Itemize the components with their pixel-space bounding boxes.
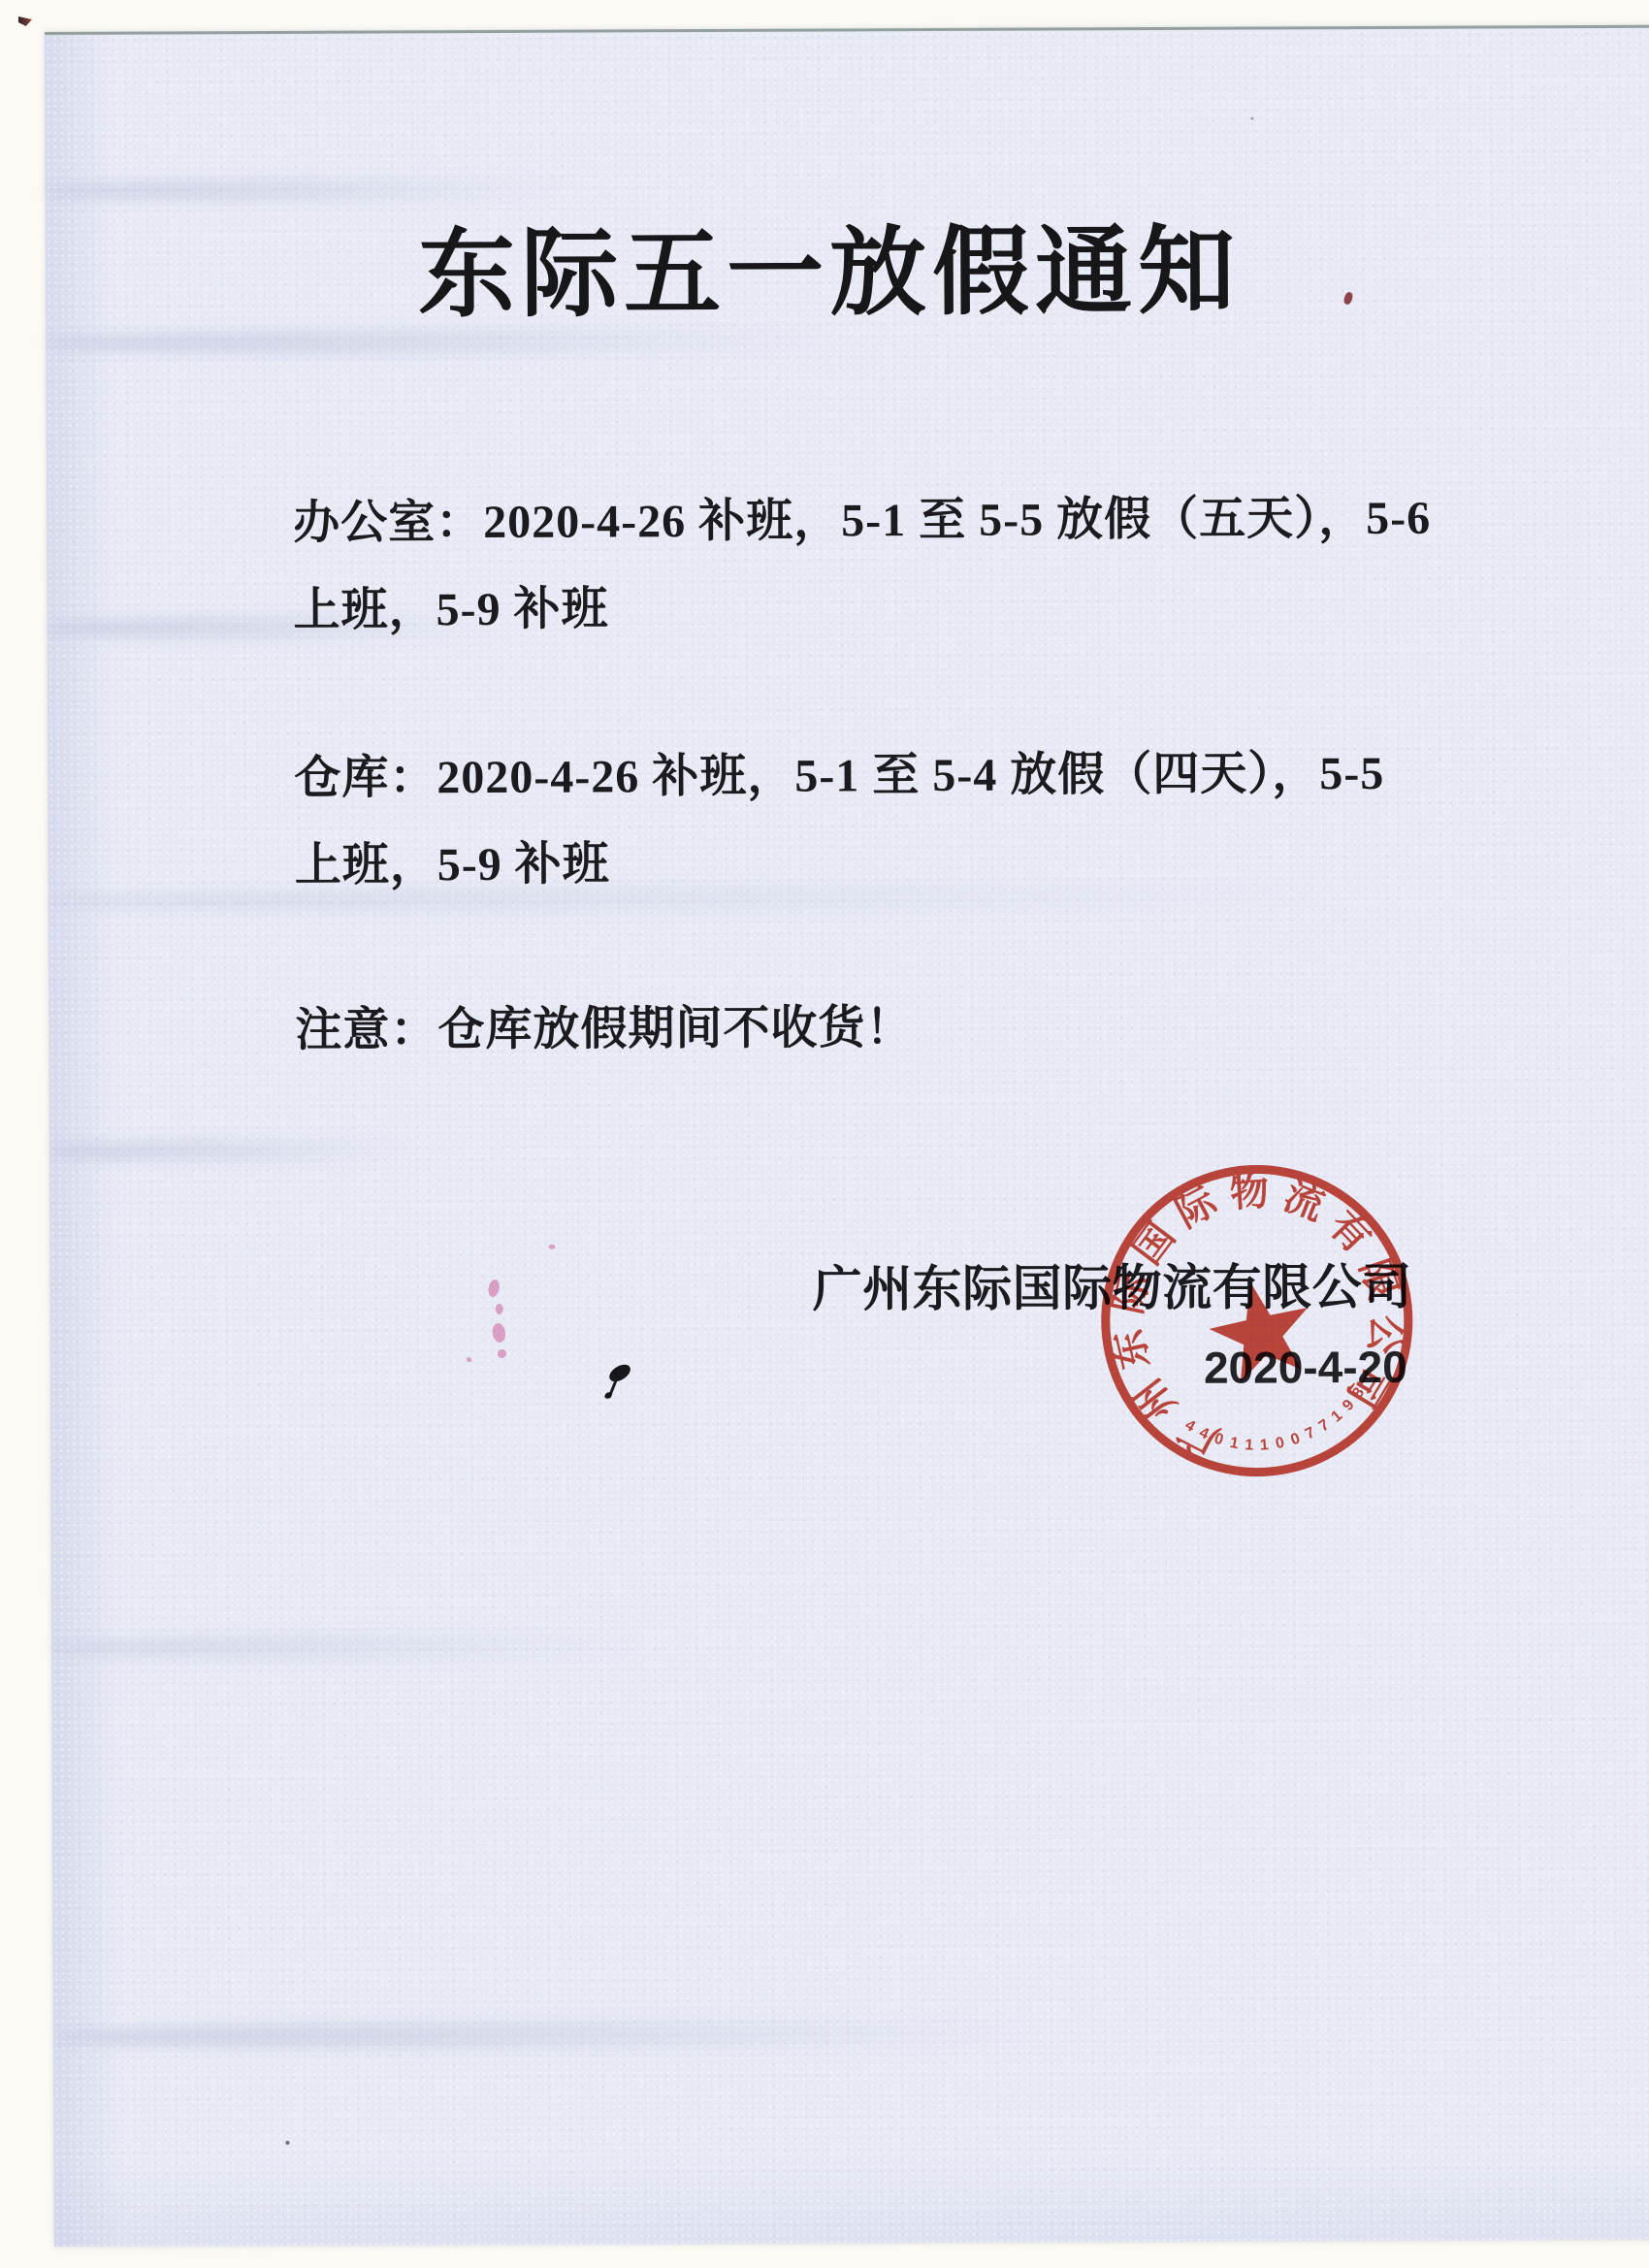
- star-icon: [1201, 1272, 1320, 1387]
- pink-smudge: [498, 1349, 506, 1358]
- paper-wrinkle: [53, 2019, 1169, 2051]
- paper-sheet: 东际五一放假通知 办公室：2020-4-26 补班，5-1 至 5-5 放假（五…: [45, 25, 1649, 2247]
- pink-smudge: [491, 1322, 506, 1344]
- company-seal-stamp: 广州东际国际物流有限公司 4401110077198: [1093, 1157, 1420, 1484]
- paper-wrinkle: [46, 327, 938, 356]
- office-schedule-line2: 上班，5-9 补班: [293, 582, 608, 637]
- pink-smudge: [548, 1245, 555, 1249]
- office-schedule-line1: 办公室：2020-4-26 补班，5-1 至 5-5 放假（五天），5-6: [293, 492, 1431, 550]
- paper-wrinkle: [46, 178, 647, 202]
- dust-speck: [1250, 117, 1253, 120]
- scanned-notice-page: { "document": { "title": "东际五一放假通知", "of…: [0, 0, 1649, 2268]
- notice-title: 东际五一放假通知: [418, 224, 1241, 325]
- paper-wrinkle: [51, 1633, 730, 1661]
- scanner-corner-artifact: [18, 16, 32, 26]
- pink-smudge: [496, 1304, 503, 1314]
- ink-smudge: [606, 1361, 633, 1385]
- pink-smudge: [467, 1357, 471, 1362]
- warning-note: 注意：仓库放假期间不收货！: [295, 1001, 913, 1057]
- paper-wrinkle: [49, 1139, 467, 1162]
- warehouse-schedule-line2: 上班，5-9 补班: [295, 837, 610, 892]
- paper-wrinkle: [48, 882, 1503, 914]
- pink-smudge: [487, 1279, 501, 1298]
- dust-speck: [285, 2141, 289, 2145]
- warehouse-schedule-line1: 仓库：2020-4-26 补班，5-1 至 5-4 放假（四天），5-5: [294, 747, 1384, 805]
